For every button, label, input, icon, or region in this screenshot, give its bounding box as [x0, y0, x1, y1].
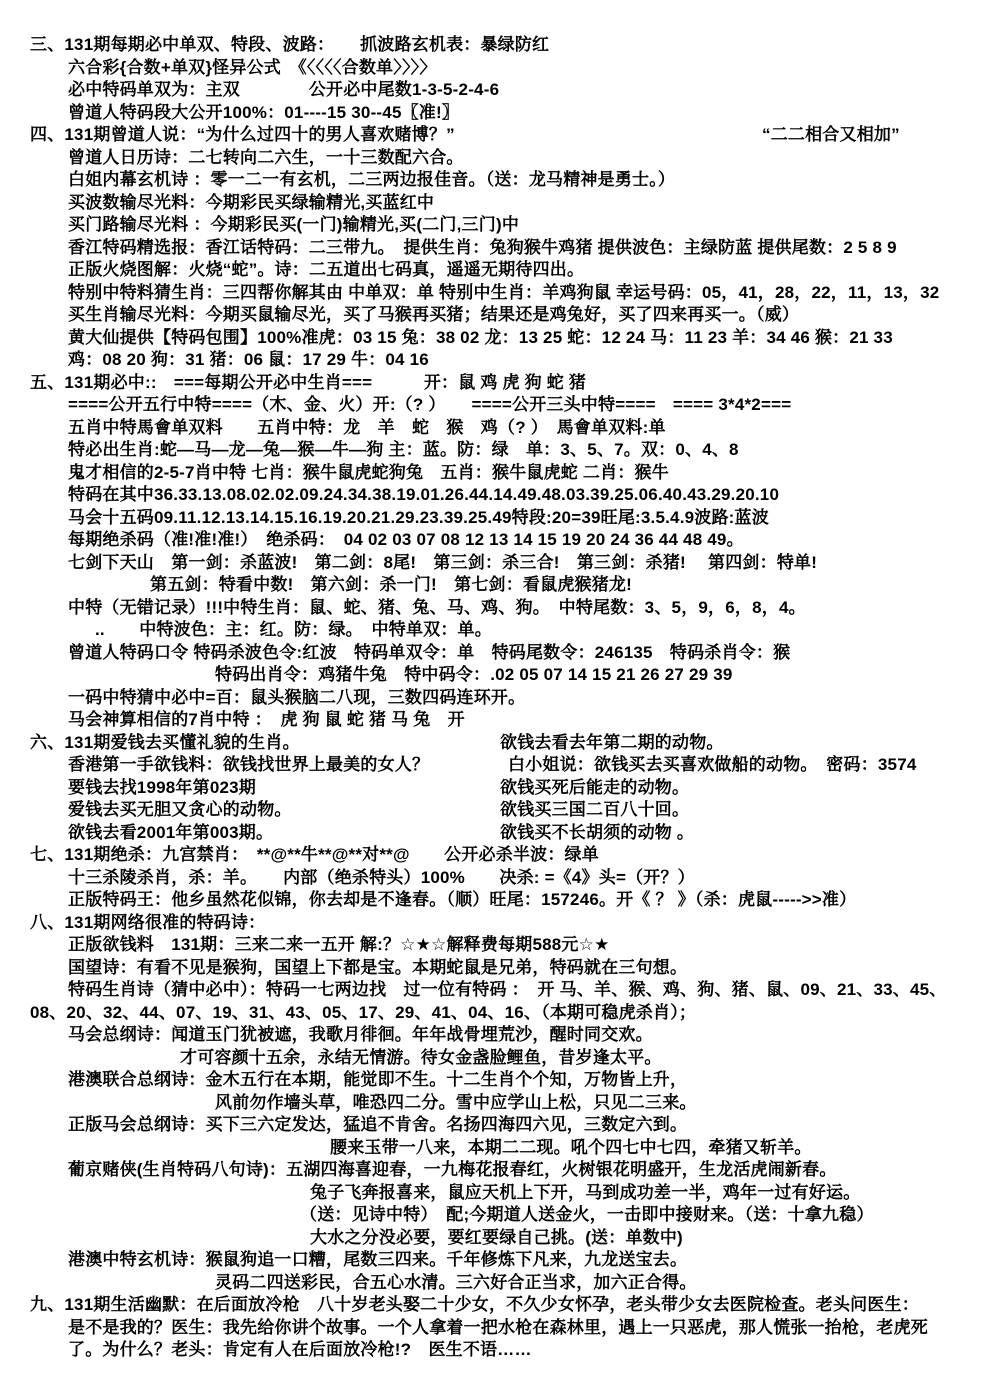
line-text: 五肖中特馬會单双料 五肖中特：龙 羊 蛇 猴 鸡（? ） 馬會单双料:单	[68, 417, 666, 440]
text-line: 五肖中特馬會单双料 五肖中特：龙 羊 蛇 猴 鸡（? ） 馬會单双料:单	[0, 417, 1007, 440]
text-line: 特码出肖令：鸡猪牛兔 特中码令：.02 05 07 14 15 21 26 27…	[0, 664, 1007, 687]
line-text: 八、131期网络很准的特码诗：	[30, 912, 265, 935]
line-text: 风前勿作墙头草，唯恐四二分。雪中应学山上松，只见二三来。	[215, 1092, 697, 1115]
text-line: 港澳中特玄机诗：猴鼠狗追一口糟，尾数三四来。千年修炼下凡来，九龙送宝去。	[0, 1249, 1007, 1272]
text-line: 兔子飞奔报喜来，鼠应天机上下开，马到成功差一半，鸡年一过有好运。	[0, 1182, 1007, 1205]
line-text: 腰来玉带一八来，本期二二现。吼个四七中七四，牵猪又斩羊。	[330, 1137, 812, 1160]
line-text: （送：见诗中特） 配;今期道人送金火，一击即中接财来。（送：十拿九稳）	[300, 1204, 874, 1227]
line-text: 黄大仙提供【特码包围】100%准虎：03 15 兔：38 02 龙：13 25 …	[68, 327, 893, 350]
line-text-col2: 欲钱买死后能走的动物。	[500, 777, 689, 800]
line-text: 鸡：08 20 狗：31 猪：06 鼠：17 29 牛：04 16	[68, 349, 429, 372]
line-text: 十三杀陵杀肖，杀：羊。 内部（绝杀特头）100% 决杀: =《4》头=（开？）	[68, 867, 695, 890]
text-line: 灵码二四送彩民，合五心水清。三六好合正当求，加六正合得。	[0, 1272, 1007, 1295]
text-line: 正版欲钱料 131期：三来二来一五开 解:？☆★☆解释费每期588元☆★	[0, 934, 1007, 957]
text-line: 五、131期必中:: ===每期公开必中生肖=== 开：鼠 鸡 虎 狗 蛇 猪	[0, 372, 1007, 395]
text-line: 七、131期绝杀：九宫禁肖： **@**牛**@**对**@ 公开必杀半波：绿单	[0, 844, 1007, 867]
line-text: 曾道人特码口令 特码杀波色令:红波 特码单双令：单 特码尾数令：246135 特…	[68, 642, 790, 665]
line-text-col2: 白小姐说：欲钱买去买喜欢做船的动物。 密码：3574	[508, 754, 917, 777]
line-text: 曾道人日历诗：二七转向二六生，一十三数配六合。	[68, 147, 464, 170]
line-text: 每期绝杀码（准!准!准!） 绝杀码： 04 02 03 07 08 12 13 …	[68, 529, 744, 552]
line-text: 六、131期爱钱去买懂礼貌的生肖。	[30, 732, 300, 755]
line-text: 中特（无错记录）!!!中特生肖：鼠、蛇、猪、兔、马、鸡、狗。 中特尾数：3、5，…	[68, 597, 806, 620]
line-text: 白姐内幕玄机诗 ：零一二一有玄机，二三两边报佳音。（送：龙马精神是勇士。）	[68, 169, 675, 192]
line-text-col2: 欲钱去看去年第二期的动物。	[500, 732, 724, 755]
text-line: 马会总纲诗：闻道玉门犹被遮，我歌月徘徊。年年战骨埋荒沙，醒时同交欢。	[0, 1024, 1007, 1047]
line-text: 七、131期绝杀：九宫禁肖： **@**牛**@**对**@ 公开必杀半波：绿单	[30, 844, 599, 867]
text-line: 特码在其中36.33.13.08.02.02.09.24.34.38.19.01…	[0, 484, 1007, 507]
line-text: 正版火烧图解：火烧“蛇”。诗：二五道出七码真，遥遥无期待四出。	[68, 259, 584, 282]
line-text: 了。为什么？老头：肯定有人在后面放冷枪!? 医生不语……	[68, 1339, 532, 1362]
text-line: 风前勿作墙头草，唯恐四二分。雪中应学山上松，只见二三来。	[0, 1092, 1007, 1115]
text-line: 香港第一手欲钱料：欲钱找世界上最美的女人？白小姐说：欲钱买去买喜欢做船的动物。 …	[0, 754, 1007, 777]
text-line: 国望诗：有看不见是猴狗，国望上下都是宝。本期蛇鼠是兄弟，特码就在三句想。	[0, 957, 1007, 980]
line-text: 葡京赌侠(生肖特码八句诗)：五湖四海喜迎春，一九梅花报春红，火树银花明盛开，生龙…	[68, 1159, 837, 1182]
line-text: 灵码二四送彩民，合五心水清。三六好合正当求，加六正合得。	[215, 1272, 697, 1295]
line-text: 正版欲钱料 131期：三来二来一五开 解:？☆★☆解释费每期588元☆★	[68, 934, 610, 957]
text-line: ====公开五行中特====（木、金、火）开:（? ） ====公开三头中特==…	[0, 394, 1007, 417]
text-line: 六、131期爱钱去买懂礼貌的生肖。欲钱去看去年第二期的动物。	[0, 732, 1007, 755]
line-text: 三、131期每期必中单双、特段、波路： 抓波路玄机表：暴绿防红	[30, 34, 549, 57]
text-line: 正版马会总纲诗：买下三六定发达，猛追不肯舍。名扬四海四六见，三数定六到。	[0, 1114, 1007, 1137]
tip-sheet-page: 三、131期每期必中单双、特段、波路： 抓波路玄机表：暴绿防红六合彩{合数+单双…	[0, 0, 1007, 1388]
line-text: 九、131期生活幽默：在后面放冷枪 八十岁老头娶二十少女，不久少女怀孕，老头带少…	[30, 1294, 919, 1317]
line-text-col2: “二二相合又相加”	[762, 124, 900, 147]
text-line: 腰来玉带一八来，本期二二现。吼个四七中七四，牵猪又斩羊。	[0, 1137, 1007, 1160]
text-line: 了。为什么？老头：肯定有人在后面放冷枪!? 医生不语……	[0, 1339, 1007, 1362]
text-line: 特别中特料猜生肖：三四帮你解其由 中单双：单 特别中生肖：羊鸡狗鼠 幸运号码：0…	[0, 282, 1007, 305]
line-text: 马会神算相信的7肖中特 ： 虎 狗 鼠 蛇 猪 马 兔 开	[68, 709, 465, 732]
text-line: 七剑下天山 第一剑：杀蓝波! 第二剑：8尾! 第三剑：杀三合! 第三剑：杀猪! …	[0, 552, 1007, 575]
text-line: 一码中特猜中必中=百：鼠头猴脑二八现，三数四码连环开。	[0, 687, 1007, 710]
line-text: 马会总纲诗：闻道玉门犹被遮，我歌月徘徊。年年战骨埋荒沙，醒时同交欢。	[68, 1024, 653, 1047]
line-text: 七剑下天山 第一剑：杀蓝波! 第二剑：8尾! 第三剑：杀三合! 第三剑：杀猪! …	[68, 552, 817, 575]
text-line: 必中特码单双为：主双 公开必中尾数1-3-5-2-4-6	[0, 79, 1007, 102]
text-line: 曾道人特码段大公开100%：01----15 30--45〖准!〗	[0, 102, 1007, 125]
line-text: 特必出生肖:蛇—马—龙—兔—猴—牛—狗 主：蓝。防：绿 单：3、5、7。双：0、…	[68, 439, 739, 462]
text-line: 港澳联合总纲诗：金木五行在本期，能觉即不生。十二生肖个个知，万物皆上升，	[0, 1069, 1007, 1092]
text-line: 正版火烧图解：火烧“蛇”。诗：二五道出七码真，遥遥无期待四出。	[0, 259, 1007, 282]
line-text: 要钱去找1998年第023期	[68, 777, 256, 800]
line-text: 一码中特猜中必中=百：鼠头猴脑二八现，三数四码连环开。	[68, 687, 525, 710]
line-text: 曾道人特码段大公开100%：01----15 30--45〖准!〗	[68, 102, 459, 125]
text-line: 曾道人特码口令 特码杀波色令:红波 特码单双令：单 特码尾数令：246135 特…	[0, 642, 1007, 665]
line-text: 欲钱去看2001年第003期。	[68, 822, 273, 845]
text-line: 买生肖输尽光料：今期买鼠输尽光，买了马猴再买猪；结果还是鸡兔好，买了四来再买一。…	[0, 304, 1007, 327]
text-line: 才可容颜十五余，永结无情游。待女金盏脸鲤鱼，昔岁逢太平。	[0, 1047, 1007, 1070]
text-line: 每期绝杀码（准!准!准!） 绝杀码： 04 02 03 07 08 12 13 …	[0, 529, 1007, 552]
text-line: 特码生肖诗（猜中必中）：特码一七两边找 过一位有特码 ： 开 马、羊、猴、鸡、狗…	[0, 979, 1007, 1002]
line-text-col2: 欲钱买三国二百八十回。	[500, 799, 689, 822]
text-line: 黄大仙提供【特码包围】100%准虎：03 15 兔：38 02 龙：13 25 …	[0, 327, 1007, 350]
line-text: ====公开五行中特====（木、金、火）开:（? ） ====公开三头中特==…	[68, 394, 791, 417]
line-text: 四、131期曾道人说：“为什么过四十的男人喜欢赌博？”	[30, 124, 455, 147]
line-text: 爱钱去买无胆又贪心的动物。	[68, 799, 292, 822]
text-line: （送：见诗中特） 配;今期道人送金火，一击即中接财来。（送：十拿九稳）	[0, 1204, 1007, 1227]
line-text: 特码在其中36.33.13.08.02.02.09.24.34.38.19.01…	[68, 484, 779, 507]
line-text: 特码出肖令：鸡猪牛兔 特中码令：.02 05 07 14 15 21 26 27…	[215, 664, 733, 687]
line-text: 港澳中特玄机诗：猴鼠狗追一口糟，尾数三四来。千年修炼下凡来，九龙送宝去。	[68, 1249, 687, 1272]
line-text: 买波数输尽光料：今期彩民买绿输精光,买蓝红中	[68, 192, 434, 215]
line-text: 才可容颜十五余，永结无情游。待女金盏脸鲤鱼，昔岁逢太平。	[180, 1047, 662, 1070]
text-line: 要钱去找1998年第023期欲钱买死后能走的动物。	[0, 777, 1007, 800]
text-line: 爱钱去买无胆又贪心的动物。欲钱买三国二百八十回。	[0, 799, 1007, 822]
text-line: 曾道人日历诗：二七转向二六生，一十三数配六合。	[0, 147, 1007, 170]
text-line: 八、131期网络很准的特码诗：	[0, 912, 1007, 935]
line-text: 六合彩{合数+单双}怪异公式 《〈〈〈〈合数单〉〉〉〉	[68, 57, 437, 80]
text-line: 欲钱去看2001年第003期。欲钱买不长胡须的动物 。	[0, 822, 1007, 845]
text-line: 鸡：08 20 狗：31 猪：06 鼠：17 29 牛：04 16	[0, 349, 1007, 372]
line-text: 买生肖输尽光料：今期买鼠输尽光，买了马猴再买猪；结果还是鸡兔好，买了四来再买一。…	[68, 304, 799, 327]
line-text: 正版特码王：他乡虽然花似锦，你去却是不逢春。（顺）旺尾：157246。开《 ？ …	[68, 889, 856, 912]
line-text: 港澳联合总纲诗：金木五行在本期，能觉即不生。十二生肖个个知，万物皆上升，	[68, 1069, 687, 1092]
text-line: 大水之分没必要，要红要绿自己挑。(送：单数中)	[0, 1227, 1007, 1250]
text-line: 第五剑：特看中数! 第六剑：杀一门! 第七剑：看鼠虎猴猪龙!	[0, 574, 1007, 597]
line-text-col2: 欲钱买不长胡须的动物 。	[500, 822, 694, 845]
line-text: 香港第一手欲钱料：欲钱找世界上最美的女人？	[68, 754, 429, 777]
document-body: 三、131期每期必中单双、特段、波路： 抓波路玄机表：暴绿防红六合彩{合数+单双…	[0, 34, 1007, 1362]
text-line: 葡京赌侠(生肖特码八句诗)：五湖四海喜迎春，一九梅花报春红，火树银花明盛开，生龙…	[0, 1159, 1007, 1182]
text-line: 特必出生肖:蛇—马—龙—兔—猴—牛—狗 主：蓝。防：绿 单：3、5、7。双：0、…	[0, 439, 1007, 462]
line-text: .. 中特波色：主：红。防：绿。 中特单双：单。	[95, 619, 492, 642]
line-text: 鬼才相信的2-5-7肖中特 七肖：猴牛鼠虎蛇狗兔 五肖：猴牛鼠虎蛇 二肖：猴牛	[68, 462, 669, 485]
line-text: 买门路输尽光料 ：今期彩民买(一门)输精光,买(二门,三门)中	[68, 214, 519, 237]
text-line: 马会十五码09.11.12.13.14.15.16.19.20.21.29.23…	[0, 507, 1007, 530]
line-text: 五、131期必中:: ===每期公开必中生肖=== 开：鼠 鸡 虎 狗 蛇 猪	[30, 372, 586, 395]
text-line: 买波数输尽光料：今期彩民买绿输精光,买蓝红中	[0, 192, 1007, 215]
text-line: 08、20、32、44、07、19、31、43、05、17、29、41、04、1…	[0, 1002, 1007, 1025]
text-line: 鬼才相信的2-5-7肖中特 七肖：猴牛鼠虎蛇狗兔 五肖：猴牛鼠虎蛇 二肖：猴牛	[0, 462, 1007, 485]
line-text: 是不是我的？医生：我先给你讲个故事。一个人拿着一把水枪在森林里，遇上一只恶虎，那…	[68, 1317, 928, 1340]
line-text: 正版马会总纲诗：买下三六定发达，猛追不肯舍。名扬四海四六见，三数定六到。	[68, 1114, 687, 1137]
text-line: 买门路输尽光料 ：今期彩民买(一门)输精光,买(二门,三门)中	[0, 214, 1007, 237]
text-line: 四、131期曾道人说：“为什么过四十的男人喜欢赌博？”“二二相合又相加”	[0, 124, 1007, 147]
line-text: 必中特码单双为：主双 公开必中尾数1-3-5-2-4-6	[68, 79, 499, 102]
line-text: 兔子飞奔报喜来，鼠应天机上下开，马到成功差一半，鸡年一过有好运。	[310, 1182, 860, 1205]
text-line: 六合彩{合数+单双}怪异公式 《〈〈〈〈合数单〉〉〉〉	[0, 57, 1007, 80]
line-text: 特码生肖诗（猜中必中）：特码一七两边找 过一位有特码 ： 开 马、羊、猴、鸡、狗…	[68, 979, 946, 1002]
text-line: 九、131期生活幽默：在后面放冷枪 八十岁老头娶二十少女，不久少女怀孕，老头带少…	[0, 1294, 1007, 1317]
line-text: 大水之分没必要，要红要绿自己挑。(送：单数中)	[310, 1227, 683, 1250]
text-line: 中特（无错记录）!!!中特生肖：鼠、蛇、猪、兔、马、鸡、狗。 中特尾数：3、5，…	[0, 597, 1007, 620]
line-text: 国望诗：有看不见是猴狗，国望上下都是宝。本期蛇鼠是兄弟，特码就在三句想。	[68, 957, 687, 980]
line-text: 特别中特料猜生肖：三四帮你解其由 中单双：单 特别中生肖：羊鸡狗鼠 幸运号码：0…	[68, 282, 939, 305]
text-line: 正版特码王：他乡虽然花似锦，你去却是不逢春。（顺）旺尾：157246。开《 ？ …	[0, 889, 1007, 912]
text-line: 白姐内幕玄机诗 ：零一二一有玄机，二三两边报佳音。（送：龙马精神是勇士。）	[0, 169, 1007, 192]
line-text: 第五剑：特看中数! 第六剑：杀一门! 第七剑：看鼠虎猴猪龙!	[150, 574, 632, 597]
line-text: 马会十五码09.11.12.13.14.15.16.19.20.21.29.23…	[68, 507, 769, 530]
text-line: 是不是我的？医生：我先给你讲个故事。一个人拿着一把水枪在森林里，遇上一只恶虎，那…	[0, 1317, 1007, 1340]
text-line: 三、131期每期必中单双、特段、波路： 抓波路玄机表：暴绿防红	[0, 34, 1007, 57]
text-line: .. 中特波色：主：红。防：绿。 中特单双：单。	[0, 619, 1007, 642]
line-text: 香江特码精选报：香江话特码：二三带九。 提供生肖：兔狗猴牛鸡猪 提供波色：主绿防…	[68, 237, 897, 260]
text-line: 香江特码精选报：香江话特码：二三带九。 提供生肖：兔狗猴牛鸡猪 提供波色：主绿防…	[0, 237, 1007, 260]
text-line: 马会神算相信的7肖中特 ： 虎 狗 鼠 蛇 猪 马 兔 开	[0, 709, 1007, 732]
text-line: 十三杀陵杀肖，杀：羊。 内部（绝杀特头）100% 决杀: =《4》头=（开？）	[0, 867, 1007, 890]
line-text: 08、20、32、44、07、19、31、43、05、17、29、41、04、1…	[30, 1002, 696, 1025]
